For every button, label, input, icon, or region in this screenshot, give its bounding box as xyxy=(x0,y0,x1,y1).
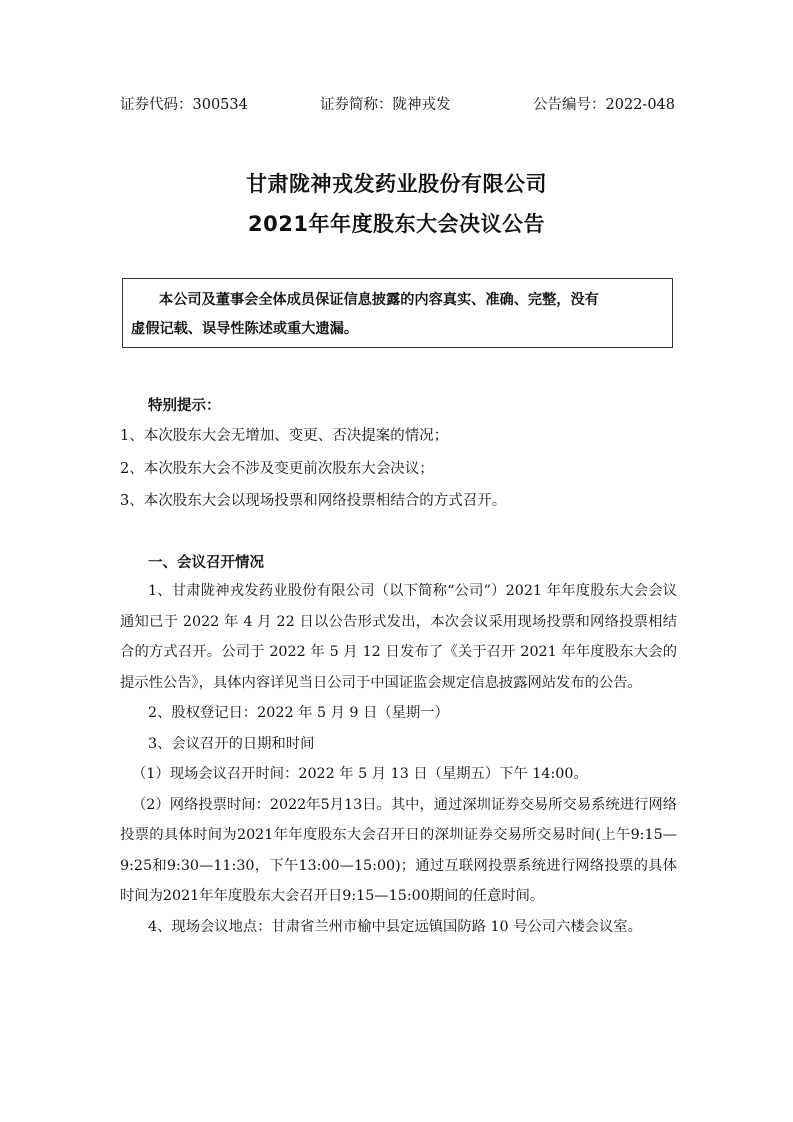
notice-line-1: 本公司及董事会全体成员保证信息披露的内容真实、准确、完整，没有 xyxy=(131,286,664,315)
paragraph-date-time-heading: 3、会议召开的日期和时间 xyxy=(120,729,677,760)
paragraph-online-voting-time: （2）网络投票时间：2022年5月13日。其中，通过深圳证券交易所交易系统进行网… xyxy=(120,790,677,912)
notice-line-2: 虚假记载、误导性陈述或重大遗漏。 xyxy=(131,315,664,344)
section-body: 1、甘肃陇神戎发药业股份有限公司（以下简称“公司”）2021 年年度股东大会会议… xyxy=(120,576,677,942)
company-title: 甘肃陇神戎发药业股份有限公司 xyxy=(0,168,793,198)
special-tips-heading: 特别提示： xyxy=(148,394,705,415)
section-heading: 一、会议召开情况 xyxy=(148,551,705,572)
announcement-number: 公告编号：2022-048 xyxy=(533,93,675,114)
special-tip-item: 3、本次股东大会以现场投票和网络投票相结合的方式召开。 xyxy=(120,489,677,510)
paragraph-meeting-notice: 1、甘肃陇神戎发药业股份有限公司（以下简称“公司”）2021 年年度股东大会会议… xyxy=(120,576,677,698)
stock-abbreviation: 证券简称：陇神戎发 xyxy=(320,93,451,114)
disclosure-notice-box: 本公司及董事会全体成员保证信息披露的内容真实、准确、完整，没有 虚假记载、误导性… xyxy=(122,278,673,348)
special-tip-item: 2、本次股东大会不涉及变更前次股东大会决议； xyxy=(120,457,677,478)
document-header: 证券代码：300534 证券简称：陇神戎发 公告编号：2022-048 xyxy=(120,93,675,117)
paragraph-meeting-location: 4、现场会议地点：甘肃省兰州市榆中县定远镇国防路 10 号公司六楼会议室。 xyxy=(120,912,677,943)
special-tip-item: 1、本次股东大会无增加、变更、否决提案的情况； xyxy=(120,424,677,445)
paragraph-record-date: 2、股权登记日：2022 年 5 月 9 日（星期一） xyxy=(120,698,677,729)
paragraph-onsite-time: （1）现场会议召开时间：2022 年 5 月 13 日（星期五）下午 14:00… xyxy=(120,759,677,790)
document-title: 2021年年度股东大会决议公告 xyxy=(0,208,793,238)
stock-code: 证券代码：300534 xyxy=(120,93,248,114)
